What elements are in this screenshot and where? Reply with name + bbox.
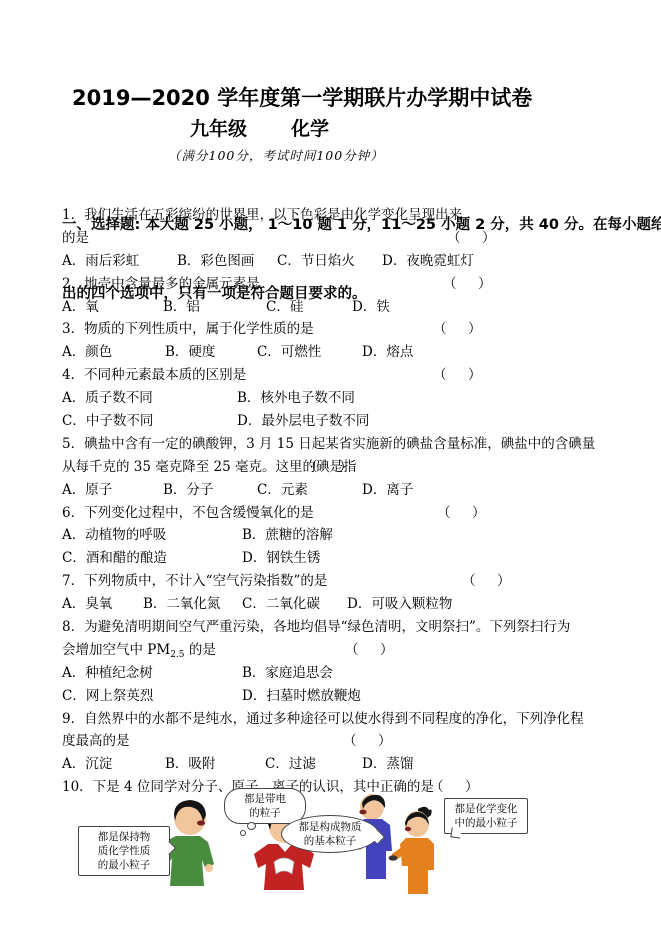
answer-bracket: （ ） — [433, 364, 486, 387]
q6-options-ab: A．动植物的呼吸B．蔗糖的溶解 — [62, 524, 607, 547]
q5-option-d: D．离子 — [362, 479, 413, 502]
answer-bracket: （ ） — [462, 570, 515, 593]
q8-option-a: A．种植纪念树 — [62, 662, 153, 685]
speech-bubble-student1: 都是保持物 质化学性质 的最小粒子 — [78, 826, 170, 876]
bubble-tail — [371, 830, 385, 844]
q8-options-ab: A．种植纪念树B．家庭追思会 — [62, 662, 607, 685]
bubble-tail — [450, 827, 461, 838]
q4-option-a: A．质子数不同 — [62, 387, 153, 410]
q6-option-c: C．酒和醋的酿造 — [62, 547, 167, 570]
q9-text-2: 度最高的是（ ） — [62, 730, 607, 753]
q5-text-2: 从每千克的 35 毫克降至 25 毫克。这里的碘是指（ ） — [62, 456, 607, 479]
bubble-tail — [162, 841, 176, 855]
student2-drawing — [238, 806, 332, 904]
q6-option-d: D．钢铁生锈 — [242, 547, 320, 570]
text-segment: 4．不同种元素最本质的区别是 — [62, 367, 246, 383]
q8-option-c: C．网上祭英烈 — [62, 685, 153, 708]
student3-figure — [348, 791, 404, 885]
q3-option-c: C．可燃性 — [257, 341, 321, 364]
q9-option-a: A．沉淀 — [62, 753, 112, 776]
grade-subject-line: 九年级化学 — [190, 114, 329, 141]
q5-option-b: B．分子 — [163, 479, 213, 502]
text-segment: 5．碘盐中含有一定的碘酸钾，3 月 15 日起某省实施新的碘盐含量标准，碘盐中的… — [62, 436, 595, 452]
q6-text: 6．下列变化过程中，不包含缓慢氧化的是（ ） — [62, 502, 607, 525]
student3-drawing — [348, 791, 404, 881]
exam-title: 2019—2020 学年度第一学期联片办学期中试卷 — [72, 82, 532, 112]
q3-option-d: D．熔点 — [362, 341, 413, 364]
q9-text-1: 9．自然界中的水都不是纯水，通过多种途径可以使水得到不同程度的净化，下列净化程 — [62, 708, 607, 731]
q1-option-b: B．彩色图画 — [177, 250, 254, 273]
q2-text: 2．地壳中含量最多的金属元素是（ ） — [62, 273, 607, 296]
q2-option-d: D．铁 — [352, 296, 390, 319]
q9-option-c: C．过滤 — [265, 753, 316, 776]
q7-option-a: A．臭氧 — [62, 593, 112, 616]
q1-option-d: D．夜晚霓虹灯 — [382, 250, 474, 273]
q3-option-a: A．颜色 — [62, 341, 112, 364]
q1-options: A．雨后彩虹B．彩色图画C．节日焰火D．夜晚霓虹灯 — [62, 250, 607, 273]
answer-bracket: （ ） — [304, 456, 357, 479]
q7-option-b: B．二氧化氮 — [143, 593, 220, 616]
q8-option-d: D．扫墓时燃放鞭炮 — [242, 685, 361, 708]
q1-option-c: C．节日焰火 — [277, 250, 355, 273]
q6-options-cd: C．酒和醋的酿造D．钢铁生锈 — [62, 547, 607, 570]
bubble-text: 的最小粒子 — [83, 858, 165, 872]
answer-bracket: （ ） — [433, 318, 486, 341]
q8-option-b: B．家庭追思会 — [242, 662, 333, 685]
grade-label: 九年级 — [190, 118, 247, 140]
bubble-text: 都是保持物 — [83, 830, 165, 844]
bubble-text: 的基本粒子 — [290, 834, 370, 848]
subject-label: 化学 — [291, 118, 329, 140]
q8-options-cd: C．网上祭英烈D．扫墓时燃放鞭炮 — [62, 685, 607, 708]
q4-options-cd: C．中子数不同D．最外层电子数不同 — [62, 410, 607, 433]
q1-option-a: A．雨后彩虹 — [62, 250, 139, 273]
text-segment: 1．我们生活在五彩缤纷的世界里，以下色彩是由化学变化呈现出来 — [62, 207, 462, 223]
answer-bracket: （ ） — [345, 639, 398, 662]
bubble-text: 的粒子 — [229, 806, 301, 820]
q5-options: A．原子B．分子C．元素D．离子 — [62, 479, 607, 502]
student4-figure — [388, 806, 448, 902]
q10-text: 10．下是 4 位同学对分子、原子、离子的认识，其中正确的是（ ） — [62, 776, 607, 799]
answer-bracket: （ ） — [443, 273, 496, 296]
bubble-text: 都是构成物质 — [290, 820, 370, 834]
student2-figure — [238, 806, 332, 908]
exam-paper-page: 2019—2020 学年度第一学期联片办学期中试卷 九年级化学 （满分100分，… — [0, 0, 661, 935]
q6-option-b: B．蔗糖的溶解 — [242, 524, 333, 547]
text-segment: 10．下是 4 位同学对分子、原子、离子的认识，其中正确的是 — [62, 779, 434, 795]
bubble-dot — [247, 822, 256, 830]
q2-option-a: A．氧 — [62, 296, 99, 319]
bubble-text: 中的最小粒子 — [449, 816, 523, 830]
text-segment: 的是 — [62, 230, 89, 246]
text-segment: 9．自然界中的水都不是纯水，通过多种途径可以使水得到不同程度的净化，下列净化程 — [62, 711, 584, 727]
bubble-text: 质化学性质 — [83, 844, 165, 858]
student4-drawing — [388, 806, 448, 898]
q4-text: 4．不同种元素最本质的区别是（ ） — [62, 364, 607, 387]
q5-text-1: 5．碘盐中含有一定的碘酸钾，3 月 15 日起某省实施新的碘盐含量标准，碘盐中的… — [62, 433, 607, 456]
q5-option-a: A．原子 — [62, 479, 112, 502]
text-segment: 2．地壳中含量最多的金属元素是 — [62, 276, 260, 292]
speech-bubble-student3: 都是构成物质 的基本粒子 — [281, 815, 379, 853]
question-lines: 1．我们生活在五彩缤纷的世界里，以下色彩是由化学变化呈现出来的是（ ）A．雨后彩… — [62, 204, 607, 799]
q4-option-b: B．核外电子数不同 — [237, 387, 355, 410]
q6-option-a: A．动植物的呼吸 — [62, 524, 166, 547]
text-segment: 8．为避免清明期间空气严重污染，各地均倡导“绿色清明，文明祭扫”。下列祭扫行为 — [62, 619, 570, 635]
text-segment: 3．物质的下列性质中，属于化学性质的是 — [62, 321, 314, 337]
q7-options: A．臭氧B．二氧化氮C．二氧化碳D．可吸入颗粒物 — [62, 593, 607, 616]
q7-option-c: C．二氧化碳 — [242, 593, 320, 616]
student1-figure — [142, 796, 234, 906]
q1-text-1: 1．我们生活在五彩缤纷的世界里，以下色彩是由化学变化呈现出来 — [62, 204, 607, 227]
text-segment: 7．下列物质中，不计入“空气污染指数”的是 — [62, 573, 327, 589]
speech-bubble-student4: 都是化学变化 中的最小粒子 — [444, 798, 528, 834]
q4-option-d: D．最外层电子数不同 — [237, 410, 369, 433]
answer-bracket: （ ） — [447, 227, 500, 250]
q4-options-ab: A．质子数不同B．核外电子数不同 — [62, 387, 607, 410]
text-segment: 度最高的是 — [62, 733, 130, 749]
q2-option-c: C．硅 — [266, 296, 303, 319]
q9-option-b: B．吸附 — [165, 753, 215, 776]
student1-drawing — [142, 796, 234, 902]
q3-option-b: B．硬度 — [165, 341, 215, 364]
pm25-subscript: 2.5 — [170, 650, 184, 660]
exam-note: （满分100分，考试时间100分钟） — [168, 146, 384, 164]
bubble-dot — [240, 830, 246, 836]
answer-bracket: （ ） — [437, 502, 490, 525]
q9-options: A．沉淀B．吸附C．过滤D．蒸馏 — [62, 753, 607, 776]
answer-bracket: （ ） — [430, 776, 483, 799]
q1-text-2: 的是（ ） — [62, 227, 607, 250]
q9-option-d: D．蒸馏 — [362, 753, 413, 776]
text-segment: 6．下列变化过程中，不包含缓慢氧化的是 — [62, 505, 314, 521]
q7-text: 7．下列物质中，不计入“空气污染指数”的是（ ） — [62, 570, 607, 593]
q3-options: A．颜色B．硬度C．可燃性D．熔点 — [62, 341, 607, 364]
q7-option-d: D．可吸入颗粒物 — [347, 593, 452, 616]
q8-text-1: 8．为避免清明期间空气严重污染，各地均倡导“绿色清明，文明祭扫”。下列祭扫行为 — [62, 616, 607, 639]
bubble-text: 都是化学变化 — [449, 802, 523, 816]
q8-text-2: 会增加空气中 PM2.5 的是（ ） — [62, 639, 607, 662]
answer-bracket: （ ） — [343, 730, 396, 753]
q5-option-c: C．元素 — [257, 479, 308, 502]
q3-text: 3．物质的下列性质中，属于化学性质的是（ ） — [62, 318, 607, 341]
text-segment: 的是 — [185, 642, 216, 658]
q4-option-c: C．中子数不同 — [62, 410, 153, 433]
q2-option-b: B．铝 — [163, 296, 200, 319]
text-segment: 会增加空气中 PM — [62, 642, 170, 658]
q2-options: A．氧B．铝C．硅D．铁 — [62, 296, 607, 319]
